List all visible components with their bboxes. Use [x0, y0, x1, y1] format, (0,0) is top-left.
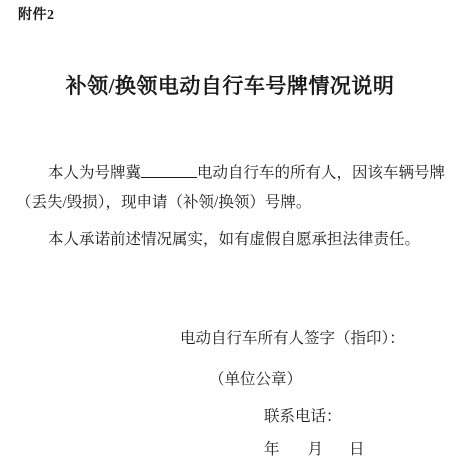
day-label: 日	[349, 441, 365, 458]
document-page: 附件2 补领/换领电动自行车号牌情况说明 本人为号牌冀电动自行车的所有人，因该车…	[0, 0, 460, 472]
owner-signature-label: 电动自行车所有人签字（指印）：	[180, 329, 405, 349]
plate-number-blank-line	[141, 161, 197, 178]
contact-phone-label: 联系电话：	[264, 407, 342, 427]
paragraph-1-line-2: （丢失/毁损），现申请（补领/换领）号牌。	[16, 193, 311, 213]
year-label: 年	[264, 441, 280, 458]
paragraph-1-line-1: 本人为号牌冀电动自行车的所有人，因该车辆号牌	[48, 161, 445, 184]
month-label: 月	[308, 441, 324, 458]
para1-suffix-text: 电动自行车的所有人，因该车辆号牌	[197, 165, 445, 182]
para1-prefix-text: 本人为号牌冀	[48, 165, 141, 182]
paragraph-2-commitment: 本人承诺前述情况属实，如有虚假自愿承担法律责任。	[48, 230, 420, 250]
date-line: 年月日	[264, 440, 365, 460]
attachment-label: 附件2	[18, 4, 55, 24]
unit-seal-label: （单位公章）	[209, 370, 302, 390]
document-title: 补领/换领电动自行车号牌情况说明	[0, 70, 460, 100]
